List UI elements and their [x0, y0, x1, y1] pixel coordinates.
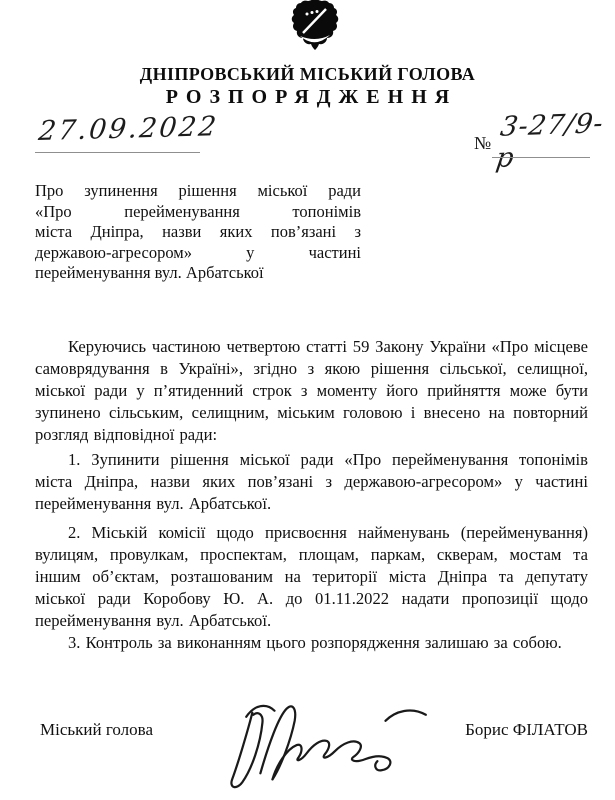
signer-position-title: Міський голова: [40, 720, 153, 740]
document-type-title: РОЗПОРЯДЖЕННЯ: [0, 86, 615, 109]
order-item-3: 3. Контроль за виконанням цього розпоряд…: [35, 632, 588, 654]
handwritten-signature: [216, 690, 448, 792]
organization-title: ДНІПРОВСЬКИЙ МІСЬКИЙ ГОЛОВА: [0, 64, 615, 85]
subject-line: «Про перейменування топонімів: [35, 202, 361, 223]
order-item-2: 2. Міській комісії щодо присвоєння найме…: [35, 522, 588, 632]
signer-name: Борис ФІЛАТОВ: [420, 720, 588, 740]
subject-line: міста Дніпра, назви яких пов’язані з: [35, 222, 361, 243]
subject-block: Про зупинення рішення міської ради «Про …: [35, 181, 361, 284]
handwritten-number: 3-27/9-р: [494, 107, 615, 174]
city-coat-of-arms-icon: [288, 0, 342, 50]
number-sign: №: [474, 133, 491, 154]
preamble-paragraph: Керуючись частиною четвертою статті 59 З…: [35, 336, 588, 446]
order-item-1: 1. Зупинити рішення міської ради «Про пе…: [35, 449, 588, 515]
handwritten-date: 27.09.2022: [37, 111, 220, 147]
document-page: ДНІПРОВСЬКИЙ МІСЬКИЙ ГОЛОВА РОЗПОРЯДЖЕНН…: [0, 0, 615, 800]
date-underline: [35, 152, 200, 153]
number-underline: [492, 157, 590, 158]
subject-line: перейменування вул. Арбатської: [35, 263, 361, 284]
subject-line: державою-агресором» у частині: [35, 243, 361, 264]
subject-line: Про зупинення рішення міської ради: [35, 181, 361, 202]
